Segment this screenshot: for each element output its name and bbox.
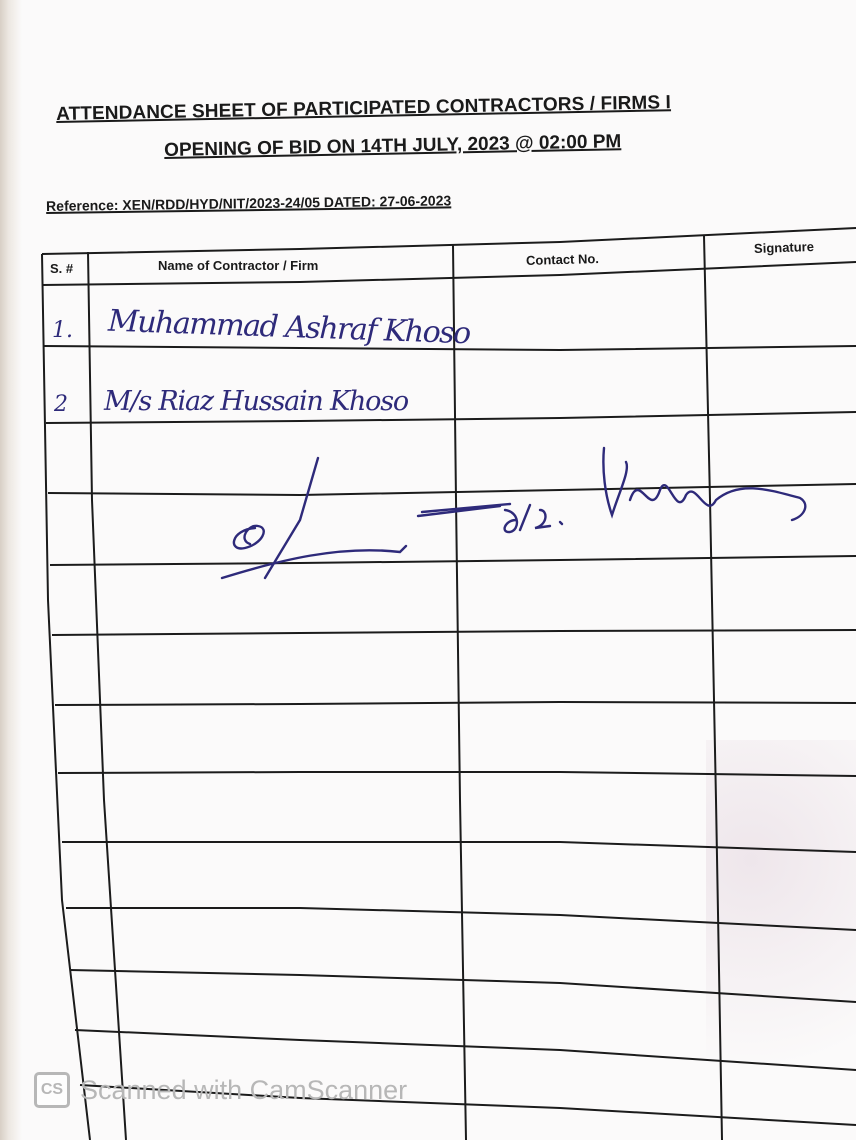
watermark-text: Scanned with CamScanner [80,1075,407,1106]
camscanner-logo-icon: CS [34,1072,70,1108]
camscanner-watermark: CS Scanned with CamScanner [34,1072,407,1108]
signature-2 [418,504,510,516]
signature-scribbles [0,0,856,1140]
